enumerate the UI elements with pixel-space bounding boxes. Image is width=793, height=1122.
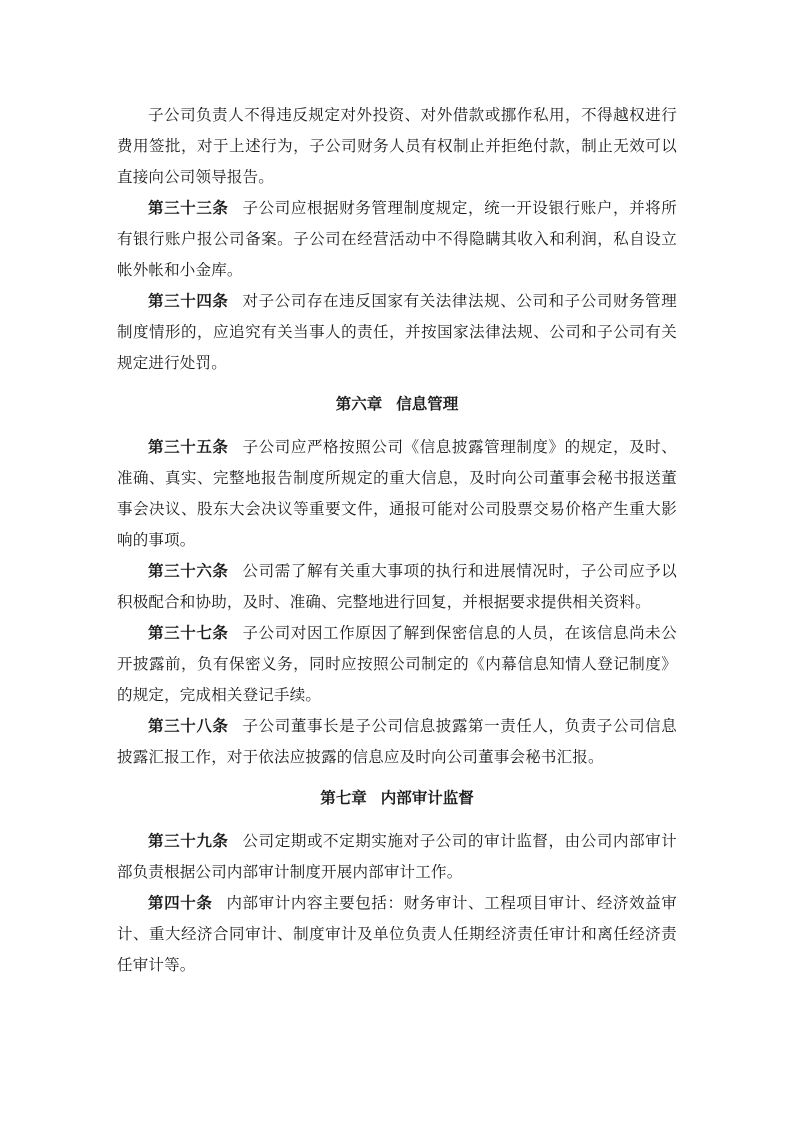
text-line: 子公司负责人不得违反规定对外投资、对外借款或挪作私用，不得越权进行: [117, 100, 677, 131]
text-line: 事会决议、股东大会决议等重要文件，通报可能对公司股票交易价格产生重大影: [117, 494, 677, 525]
article-number: 第三十三条: [148, 199, 229, 217]
article-text: 内部审计内容主要包括：财务审计、工程项目审计、经济效益审: [226, 894, 677, 912]
chapter-number: 第七章: [320, 789, 367, 807]
text-line: 响的事项。: [117, 525, 677, 556]
document-page: 子公司负责人不得违反规定对外投资、对外借款或挪作私用，不得越权进行 费用签批，对…: [117, 100, 677, 981]
chapter-title: 内部审计监督: [381, 789, 474, 807]
text-line: 制度情形的，应追究有关当事人的责任，并按国家法律法规、公司和子公司有关: [117, 317, 677, 348]
text-line: 部负责根据公司内部审计制度开展内部审计工作。: [117, 857, 677, 888]
article-38: 第三十八条子公司董事长是子公司信息披露第一责任人，负责子公司信息 披露汇报工作，…: [117, 711, 677, 773]
article-text: 子公司董事长是子公司信息披露第一责任人，负责子公司信息: [243, 717, 677, 735]
text-line: 规定进行处罚。: [117, 348, 677, 379]
text-line: 准确、真实、完整地报告制度所规定的重大信息，及时向公司董事会秘书报送董: [117, 463, 677, 494]
text-line: 任审计等。: [117, 950, 677, 981]
article-number: 第三十六条: [148, 562, 229, 580]
text-line: 第三十五条子公司应严格按照公司《信息披露管理制度》的规定，及时、: [117, 432, 677, 463]
article-39: 第三十九条公司定期或不定期实施对子公司的审计监督，由公司内部审计 部负责根据公司…: [117, 826, 677, 888]
article-number: 第三十八条: [148, 717, 229, 735]
article-number: 第三十九条: [148, 832, 229, 850]
text-line: 积极配合和协助，及时、准确、完整地进行回复，并根据要求提供相关资料。: [117, 587, 677, 618]
text-line: 第三十九条公司定期或不定期实施对子公司的审计监督，由公司内部审计: [117, 826, 677, 857]
text-line: 第三十八条子公司董事长是子公司信息披露第一责任人，负责子公司信息: [117, 711, 677, 742]
text-line: 的规定，完成相关登记手续。: [117, 680, 677, 711]
article-number: 第三十四条: [148, 292, 229, 310]
chapter-number: 第六章: [336, 395, 383, 413]
text-line: 直接向公司领导报告。: [117, 162, 677, 193]
text-line: 计、重大经济合同审计、制度审计及单位负责人任期经济责任审计和离任经济责: [117, 919, 677, 950]
article-text: 公司需了解有关重大事项的执行和进展情况时，子公司应予以: [243, 562, 677, 580]
article-number: 第三十五条: [148, 438, 229, 456]
article-34: 第三十四条对子公司存在违反国家有关法律法规、公司和子公司财务管理 制度情形的，应…: [117, 286, 677, 379]
text-line: 第三十三条子公司应根据财务管理制度规定，统一开设银行账户，并将所: [117, 193, 677, 224]
article-text: 子公司应根据财务管理制度规定，统一开设银行账户，并将所: [243, 199, 677, 217]
text-line: 第四十条内部审计内容主要包括：财务审计、工程项目审计、经济效益审: [117, 888, 677, 919]
article-40: 第四十条内部审计内容主要包括：财务审计、工程项目审计、经济效益审 计、重大经济合…: [117, 888, 677, 981]
article-number: 第四十条: [148, 894, 212, 912]
article-36: 第三十六条公司需了解有关重大事项的执行和进展情况时，子公司应予以 积极配合和协助…: [117, 556, 677, 618]
article-text: 子公司应严格按照公司《信息披露管理制度》的规定，及时、: [243, 438, 677, 456]
text-line: 费用签批，对于上述行为，子公司财务人员有权制止并拒绝付款，制止无效可以: [117, 131, 677, 162]
chapter-heading-6: 第六章信息管理: [117, 389, 677, 420]
text-line: 开披露前，负有保密义务，同时应按照公司制定的《内幕信息知情人登记制度》: [117, 649, 677, 680]
article-37: 第三十七条子公司对因工作原因了解到保密信息的人员，在该信息尚未公 开披露前，负有…: [117, 618, 677, 711]
paragraph-continuation: 子公司负责人不得违反规定对外投资、对外借款或挪作私用，不得越权进行 费用签批，对…: [117, 100, 677, 193]
text-line: 帐外帐和小金库。: [117, 255, 677, 286]
article-number: 第三十七条: [148, 624, 229, 642]
chapter-title: 信息管理: [396, 395, 458, 413]
article-text: 对子公司存在违反国家有关法律法规、公司和子公司财务管理: [243, 292, 677, 310]
article-33: 第三十三条子公司应根据财务管理制度规定，统一开设银行账户，并将所 有银行账户报公…: [117, 193, 677, 286]
chapter-heading-7: 第七章内部审计监督: [117, 783, 677, 814]
article-text: 公司定期或不定期实施对子公司的审计监督，由公司内部审计: [243, 832, 677, 850]
text-line: 第三十四条对子公司存在违反国家有关法律法规、公司和子公司财务管理: [117, 286, 677, 317]
text-line: 第三十六条公司需了解有关重大事项的执行和进展情况时，子公司应予以: [117, 556, 677, 587]
text-line: 披露汇报工作，对于依法应披露的信息应及时向公司董事会秘书汇报。: [117, 742, 677, 773]
article-text: 子公司对因工作原因了解到保密信息的人员，在该信息尚未公: [243, 624, 677, 642]
text-line: 有银行账户报公司备案。子公司在经营活动中不得隐瞒其收入和利润，私自设立: [117, 224, 677, 255]
article-35: 第三十五条子公司应严格按照公司《信息披露管理制度》的规定，及时、 准确、真实、完…: [117, 432, 677, 556]
text-line: 第三十七条子公司对因工作原因了解到保密信息的人员，在该信息尚未公: [117, 618, 677, 649]
